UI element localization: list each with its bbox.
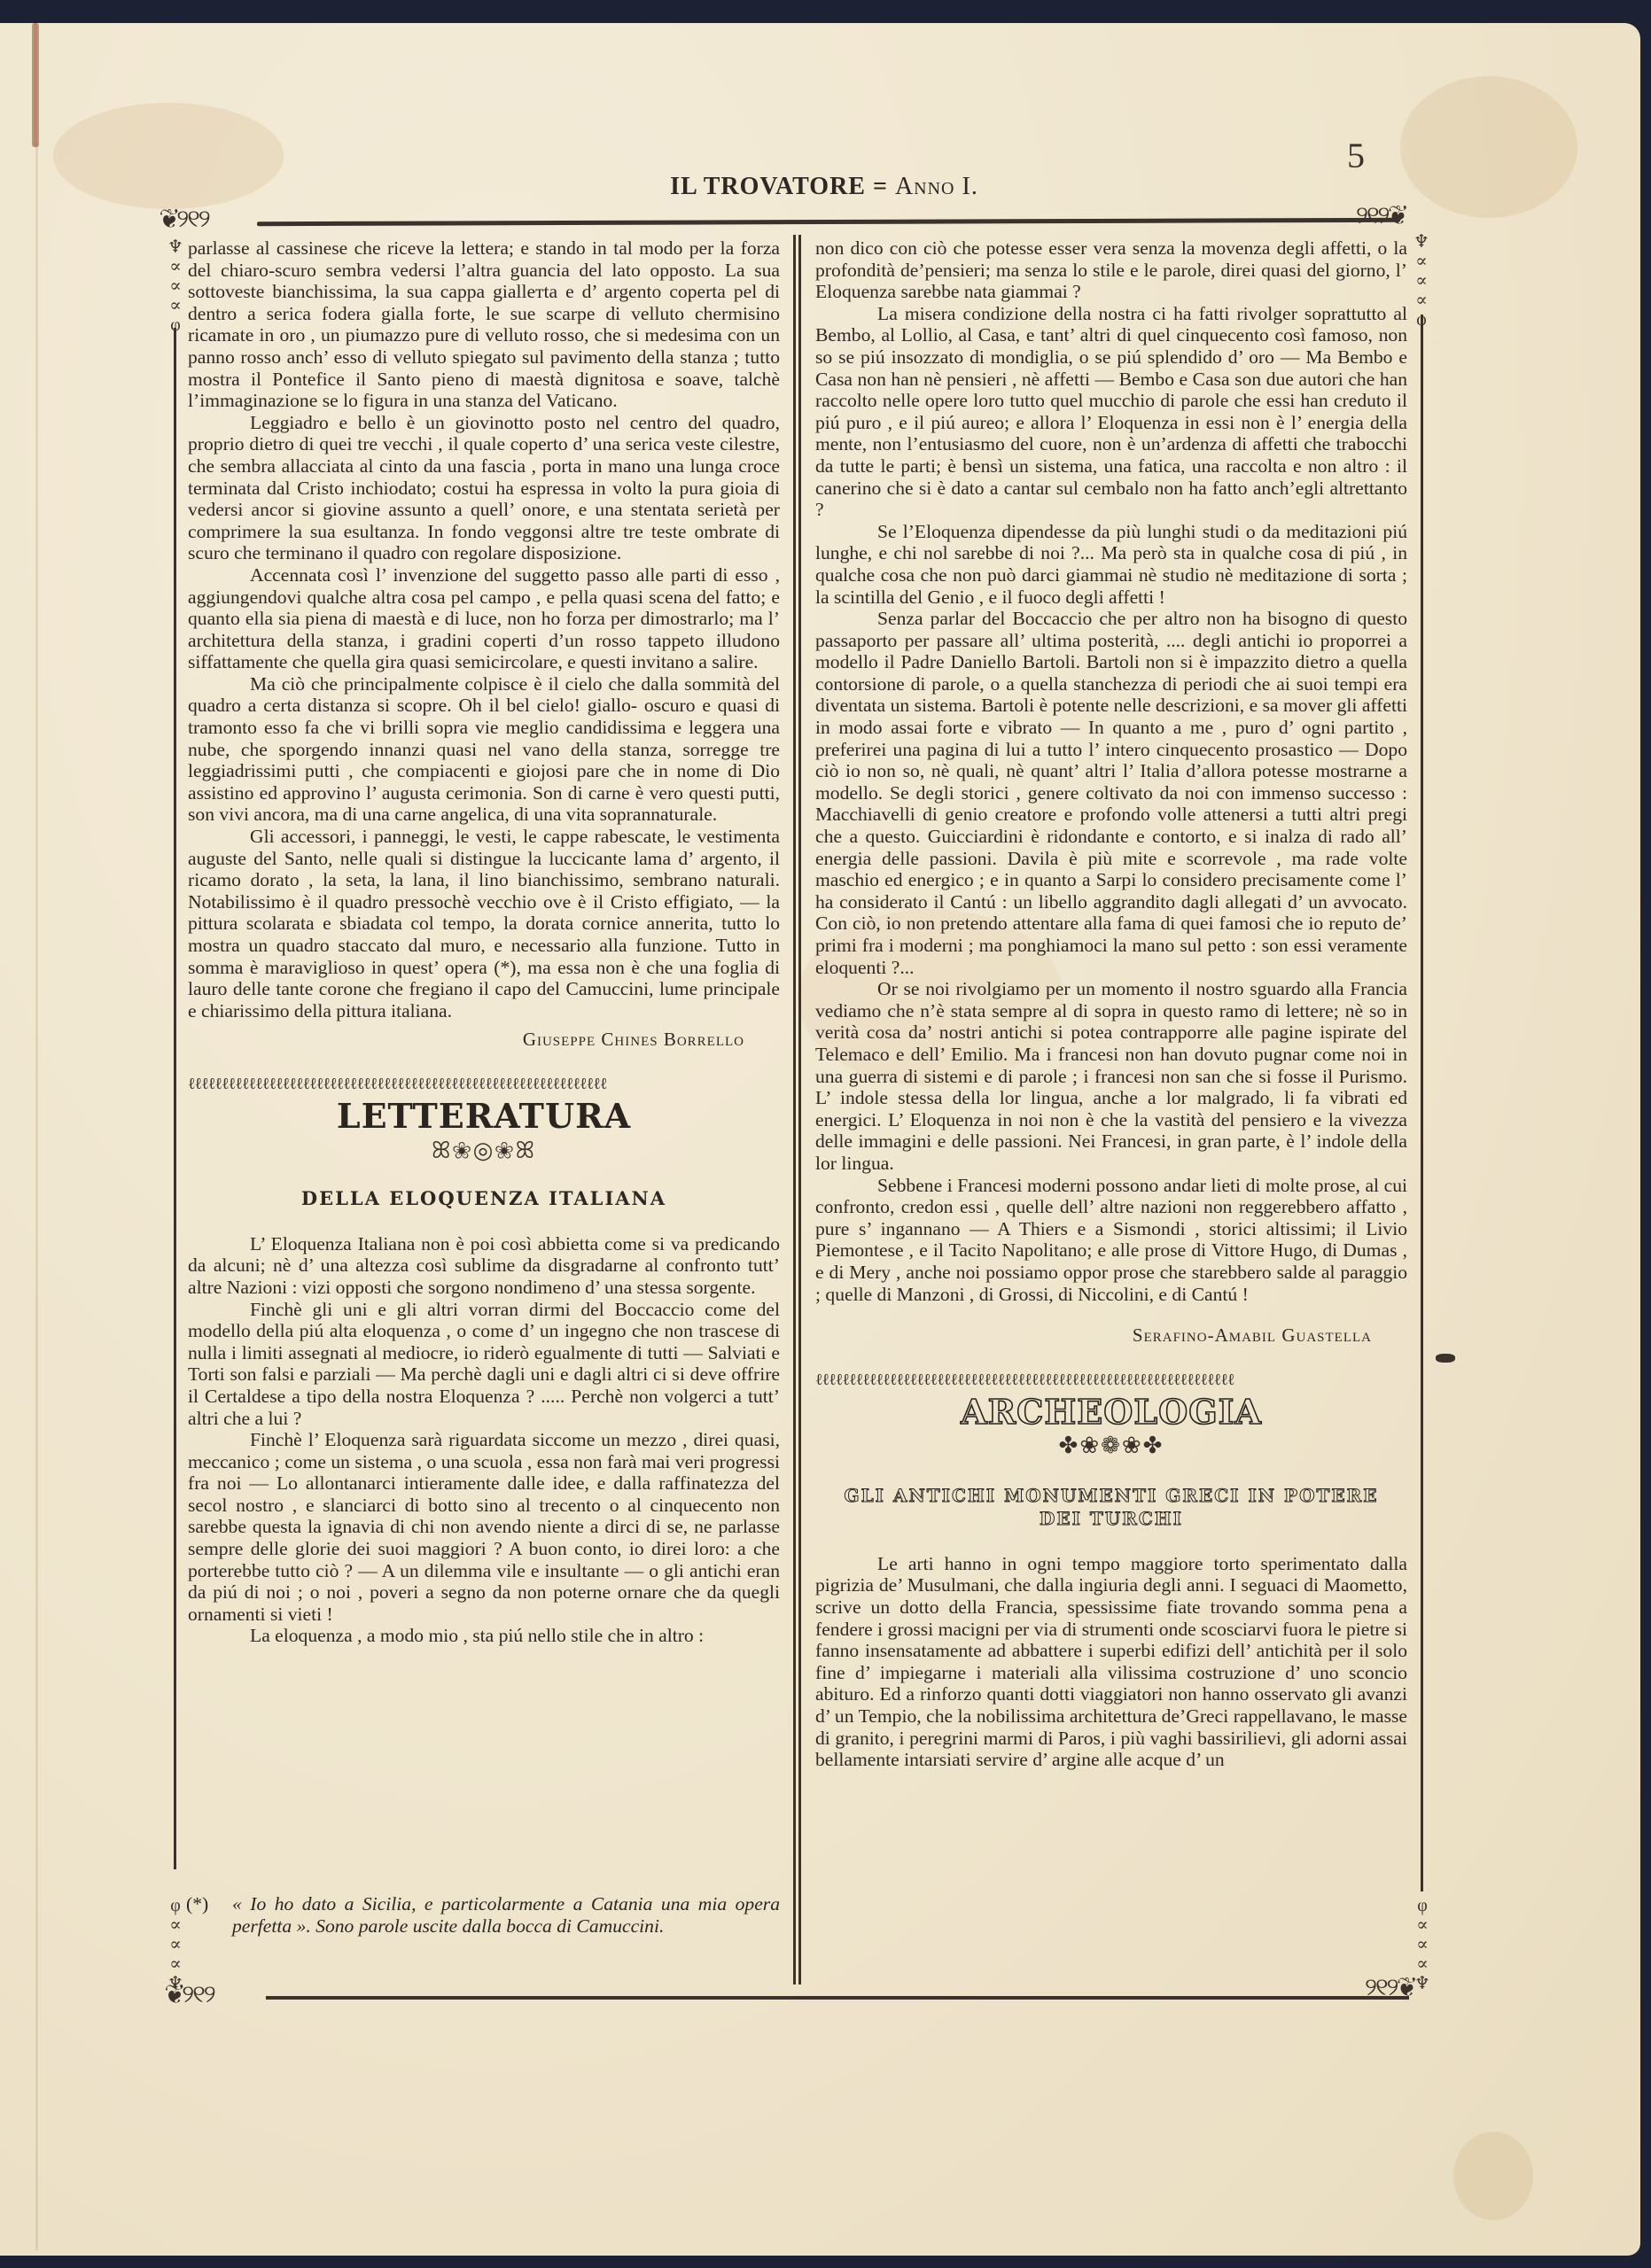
article-title: DELLA ELOQUENZA ITALIANA — [188, 1188, 780, 1210]
frame-line-left — [174, 328, 176, 1869]
author-signature: Giuseppe Chines Borrello — [188, 1029, 780, 1051]
section-divider: ℓℓℓℓℓℓℓℓℓℓℓℓℓℓℓℓℓℓℓℓℓℓℓℓℓℓℓℓℓℓℓℓℓℓℓℓℓℓℓℓ… — [815, 1371, 1407, 1387]
paragraph: non dico con ciò che potesse esser vera … — [815, 237, 1407, 303]
paragraph: Finchè gli uni e gli altri vorran dirmi … — [188, 1299, 780, 1430]
section-divider: ℓℓℓℓℓℓℓℓℓℓℓℓℓℓℓℓℓℓℓℓℓℓℓℓℓℓℓℓℓℓℓℓℓℓℓℓℓℓℓℓ… — [188, 1076, 780, 1091]
corner-ornament-top-right: ୨୧୨❦ — [1356, 204, 1406, 229]
paragraph: Gli accessori, i panneggi, le vesti, le … — [188, 826, 780, 1021]
ink-blot — [1436, 1354, 1455, 1363]
page-fold — [35, 142, 38, 2250]
running-head: IL TROVATORE = Anno I. — [532, 173, 1117, 201]
article-title: GLI ANTICHI MONUMENTI GRECI IN POTERE DE… — [815, 1484, 1407, 1530]
paragraph: Leggiadro e bello è un giovinotto posto … — [188, 412, 780, 564]
column-divider-a — [793, 235, 796, 1984]
paragraph: Le arti hanno in ogni tempo maggiore tor… — [815, 1553, 1407, 1771]
article-continuation: parlasse al cassinese che riceve la lett… — [188, 237, 780, 1051]
fleuron-ornament: ✤❀❁❀✤ — [815, 1435, 1407, 1457]
footnote-mark: (*) — [186, 1893, 208, 1915]
column-divider-b — [798, 235, 801, 1984]
journal-title: IL TROVATORE — [670, 173, 866, 200]
paragraph: Sebbene i Francesi moderni possono andar… — [815, 1175, 1407, 1306]
paper-stain — [1400, 76, 1577, 218]
section-title-archeologia: ARCHEOLOGIA — [815, 1402, 1407, 1424]
right-column: non dico con ciò che potesse esser vera … — [815, 237, 1407, 1771]
volume-label: Anno I. — [895, 173, 978, 200]
fleuron-ornament: ꕤ❀◎❀ꕤ — [188, 1140, 780, 1162]
paragraph: Or se noi rivolgiamo per un momento il n… — [815, 978, 1407, 1174]
corner-ornament-bottom-left: ❦୨୧୨ — [165, 1983, 214, 2008]
paragraph: Senza parlar del Boccaccio che per altro… — [815, 608, 1407, 978]
vine-ornament-left-top: ♆ ∝ ∝ ∝ φ — [165, 237, 186, 335]
footer-rule — [266, 1996, 1409, 2000]
article-title-line-1: GLI ANTICHI MONUMENTI GRECI IN POTERE — [815, 1484, 1407, 1507]
paragraph: Se l’Eloquenza dipendesse da più lunghi … — [815, 521, 1407, 608]
paragraph: La eloquenza , a modo mio , sta piú nell… — [188, 1625, 780, 1647]
paragraph: La misera condizione della nostra ci ha … — [815, 303, 1407, 521]
paragraph: Ma ciò che principalmente colpisce è il … — [188, 673, 780, 826]
paper-stain — [1453, 2132, 1533, 2220]
frame-line-right — [1421, 315, 1423, 1891]
paragraph: Accennata così l’ invenzione del suggett… — [188, 564, 780, 673]
vine-ornament-left-bottom: φ ∝ ∝ ∝ ♆ — [165, 1896, 186, 1993]
vine-ornament-right-bottom: φ ∝ ∝ ∝ ♆ — [1412, 1896, 1433, 1993]
paragraph: parlasse al cassinese che riceve la lett… — [188, 237, 780, 412]
page-number: 5 — [1347, 135, 1365, 176]
paragraph: L’ Eloquenza Italiana non è poi così abb… — [188, 1233, 780, 1299]
paper-stain — [53, 103, 284, 209]
section-title-letteratura: LETTERATURA — [188, 1106, 780, 1128]
binding-thread — [32, 23, 39, 147]
paragraph: Finchè l’ Eloquenza sarà riguardata sicc… — [188, 1429, 780, 1625]
header-separator: = — [873, 173, 888, 200]
article-title-line-2: DEI TURCHI — [815, 1507, 1407, 1530]
author-signature: Serafino-Amabil Guastella — [815, 1324, 1407, 1347]
corner-ornament-top-left: ❦୨୧୨ — [160, 207, 209, 232]
left-column: parlasse al cassinese che riceve la lett… — [188, 237, 780, 1647]
footnote-text: « Io ho dato a Sicilia, e particolarment… — [188, 1893, 780, 1938]
footnote: (*) « Io ho dato a Sicilia, e particolar… — [188, 1893, 780, 1938]
